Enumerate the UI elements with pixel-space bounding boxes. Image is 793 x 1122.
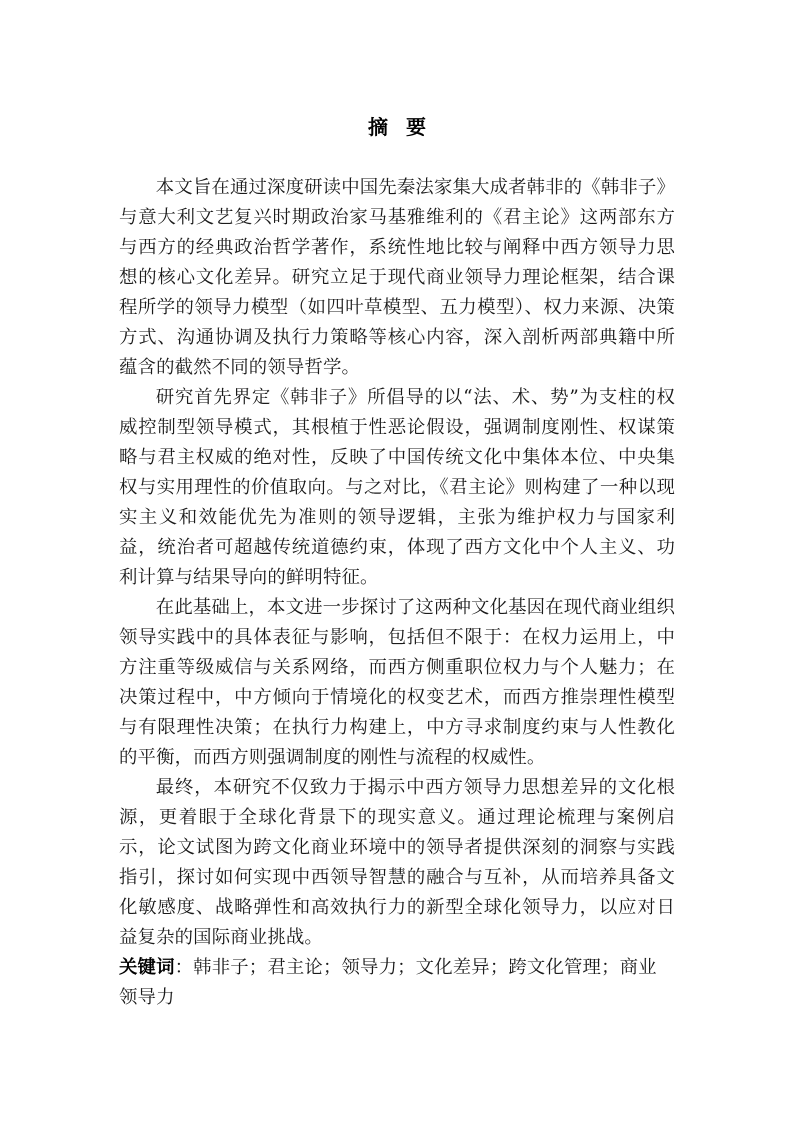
abstract-body: 本文旨在通过深度研读中国先秦法家集大成者韩非的《韩非子》与意大利文艺复兴时期政治…	[119, 173, 675, 1013]
abstract-paragraph-4: 最终，本研究不仅致力于揭示中西方领导力思想差异的文化根源，更着眼于全球化背景下的…	[119, 773, 675, 953]
abstract-paragraph-2: 研究首先界定《韩非子》所倡导的以“法、术、势”为支柱的权威控制型领导模式，其根植…	[119, 383, 675, 593]
abstract-paragraph-3: 在此基础上，本文进一步探讨了这两种文化基因在现代商业组织领导实践中的具体表征与影…	[119, 593, 675, 773]
keywords-separator: ：	[175, 957, 194, 978]
keywords-label: 关键词	[119, 957, 175, 978]
page-title: 摘要	[119, 114, 675, 140]
keywords-line: 关键词：韩非子；君主论；领导力；文化差异；跨文化管理；商业领导力	[119, 953, 675, 1013]
keywords-value: 韩非子；君主论；领导力；文化差异；跨文化管理；商业领导力	[119, 957, 657, 1008]
abstract-paragraph-1: 本文旨在通过深度研读中国先秦法家集大成者韩非的《韩非子》与意大利文艺复兴时期政治…	[119, 173, 675, 383]
